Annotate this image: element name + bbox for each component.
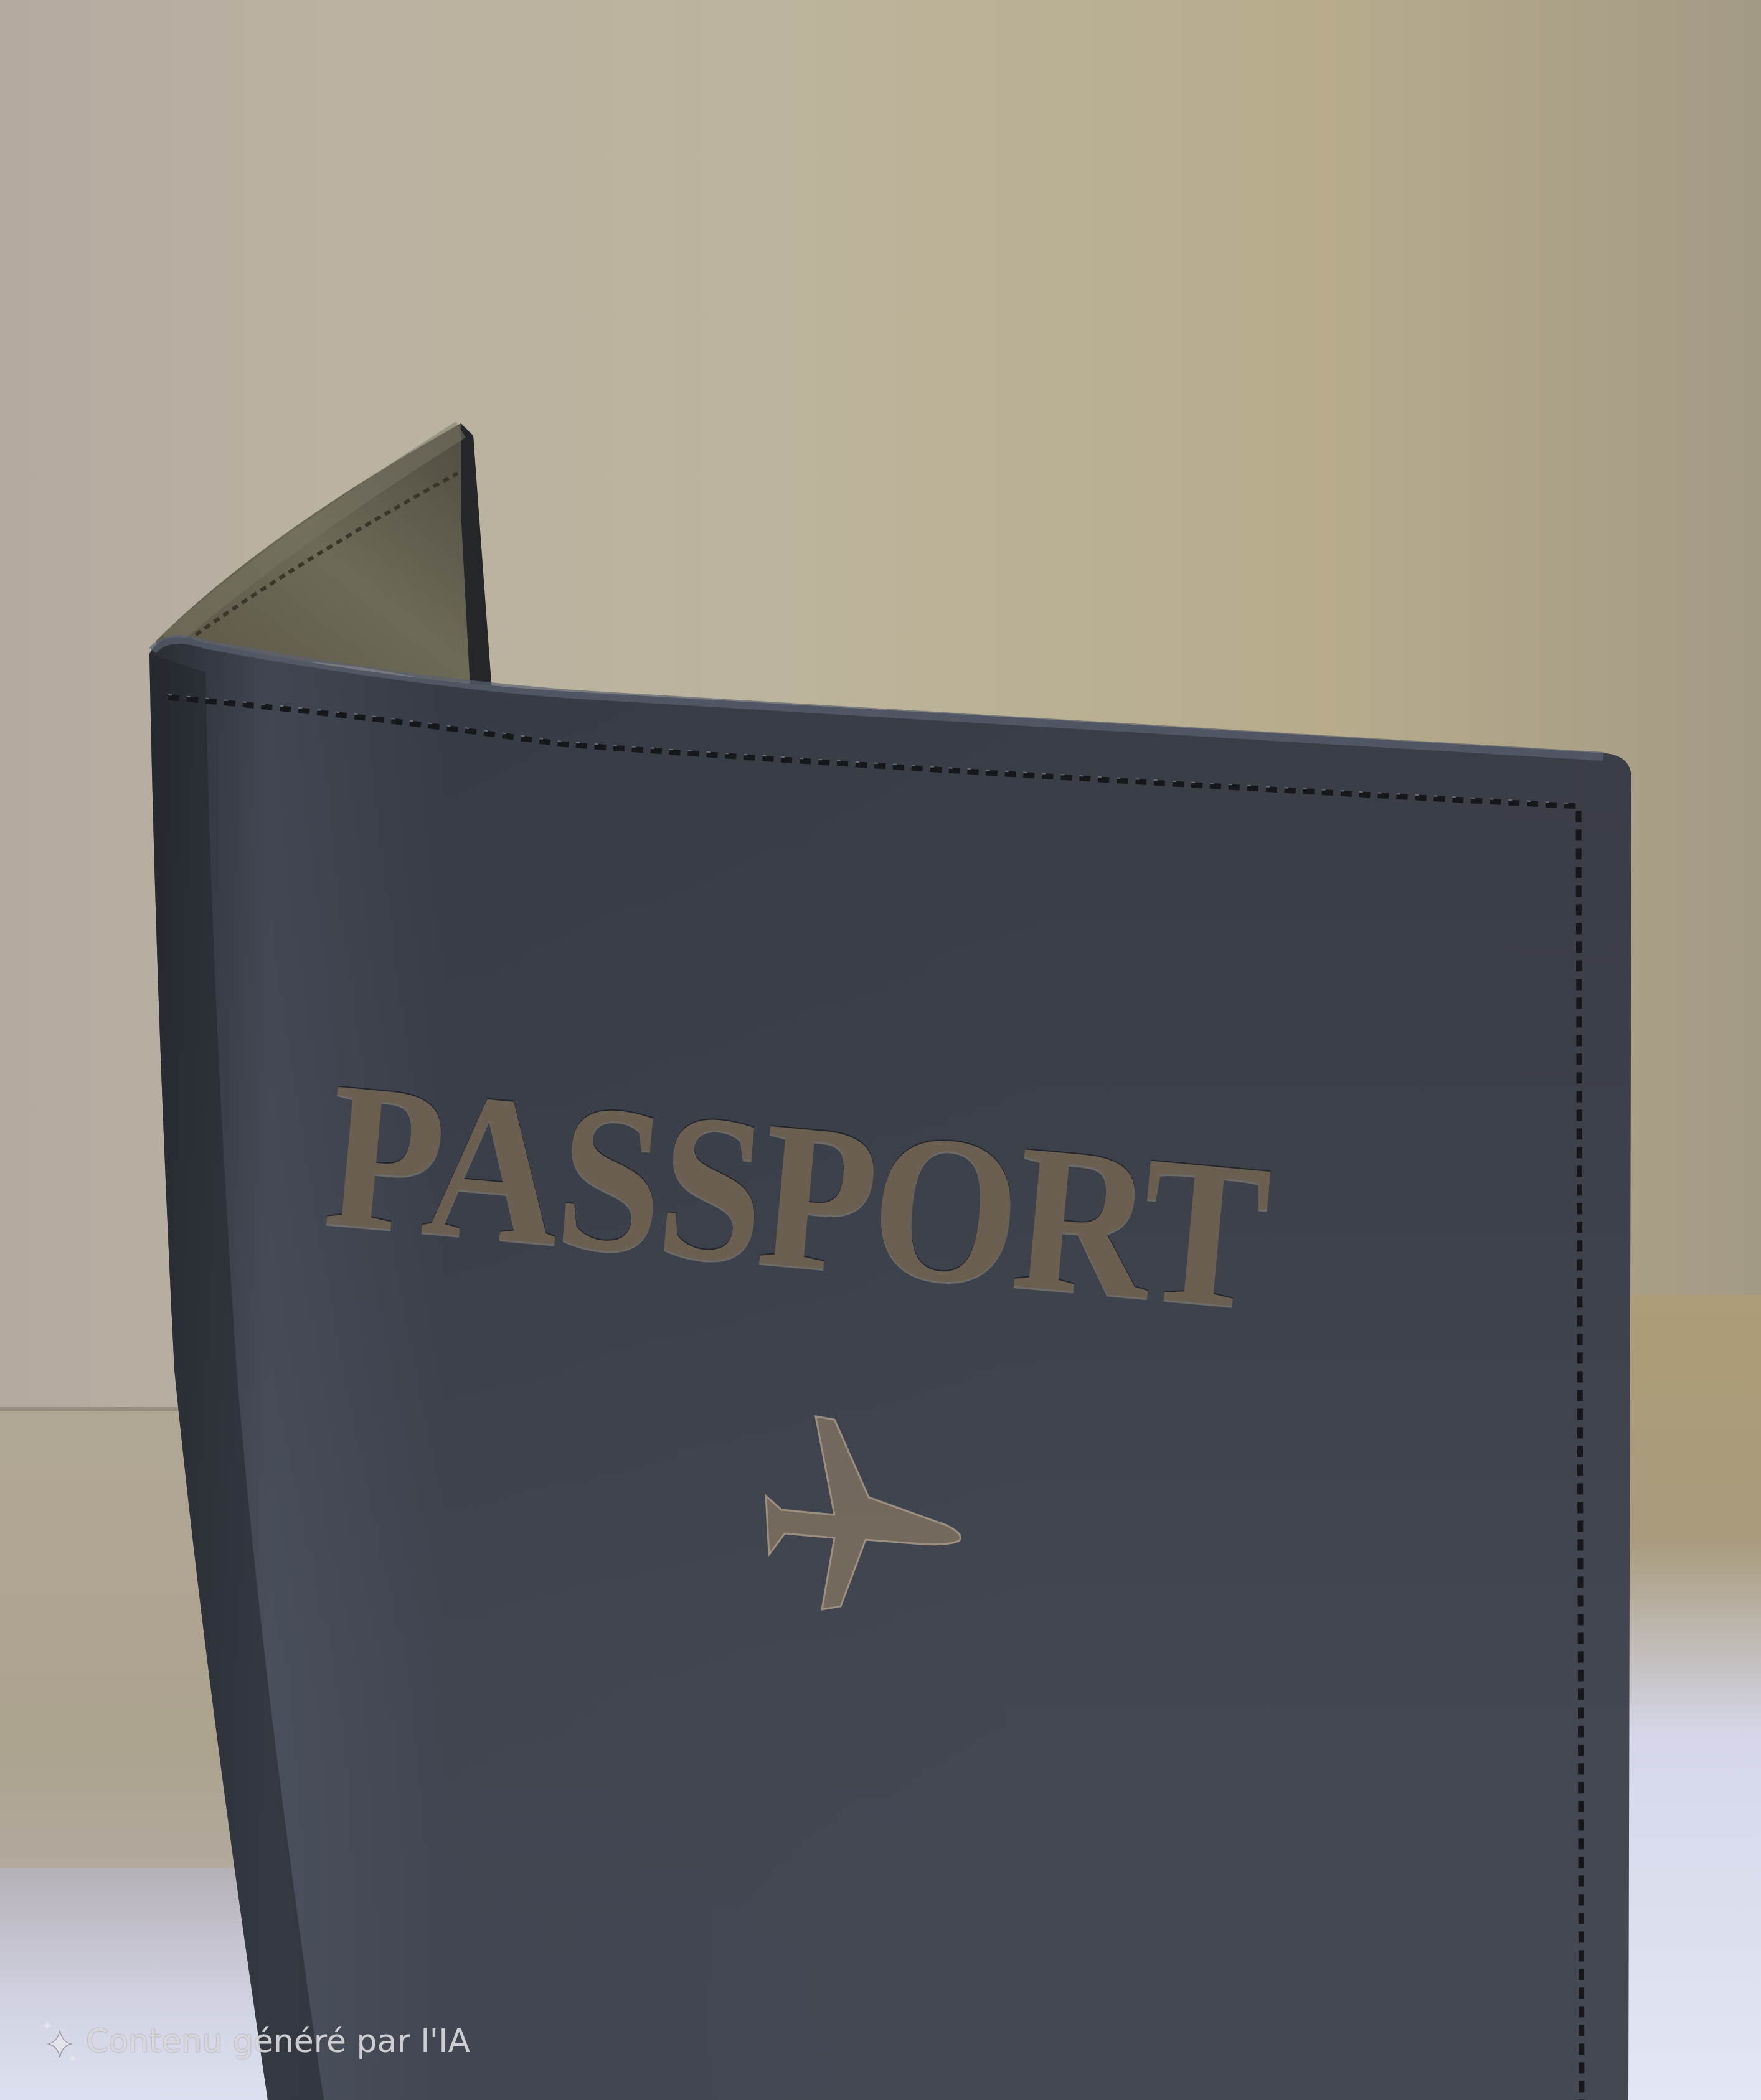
- passport-cover-illustration: [0, 0, 1761, 2100]
- watermark-text: Contenu généré par l'IA: [86, 2023, 470, 2060]
- front-cover: [149, 637, 1631, 2100]
- airplane-icon: [741, 1391, 978, 1616]
- sparkle-icon: [41, 2019, 80, 2064]
- ai-watermark: Contenu généré par l'IA: [41, 2019, 470, 2064]
